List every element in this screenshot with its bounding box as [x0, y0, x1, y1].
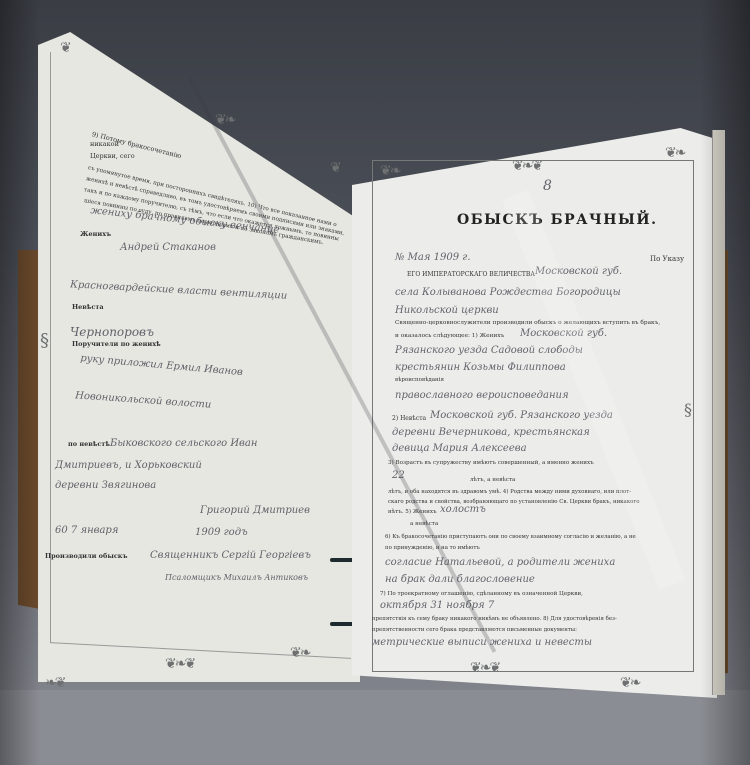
display-case-scene: ❦ ❦❧ ❦ § ❦❧❦ ❦❧ ❧❦ 9) Потому бракосочета… [0, 0, 750, 765]
display-case-glass [0, 0, 750, 765]
